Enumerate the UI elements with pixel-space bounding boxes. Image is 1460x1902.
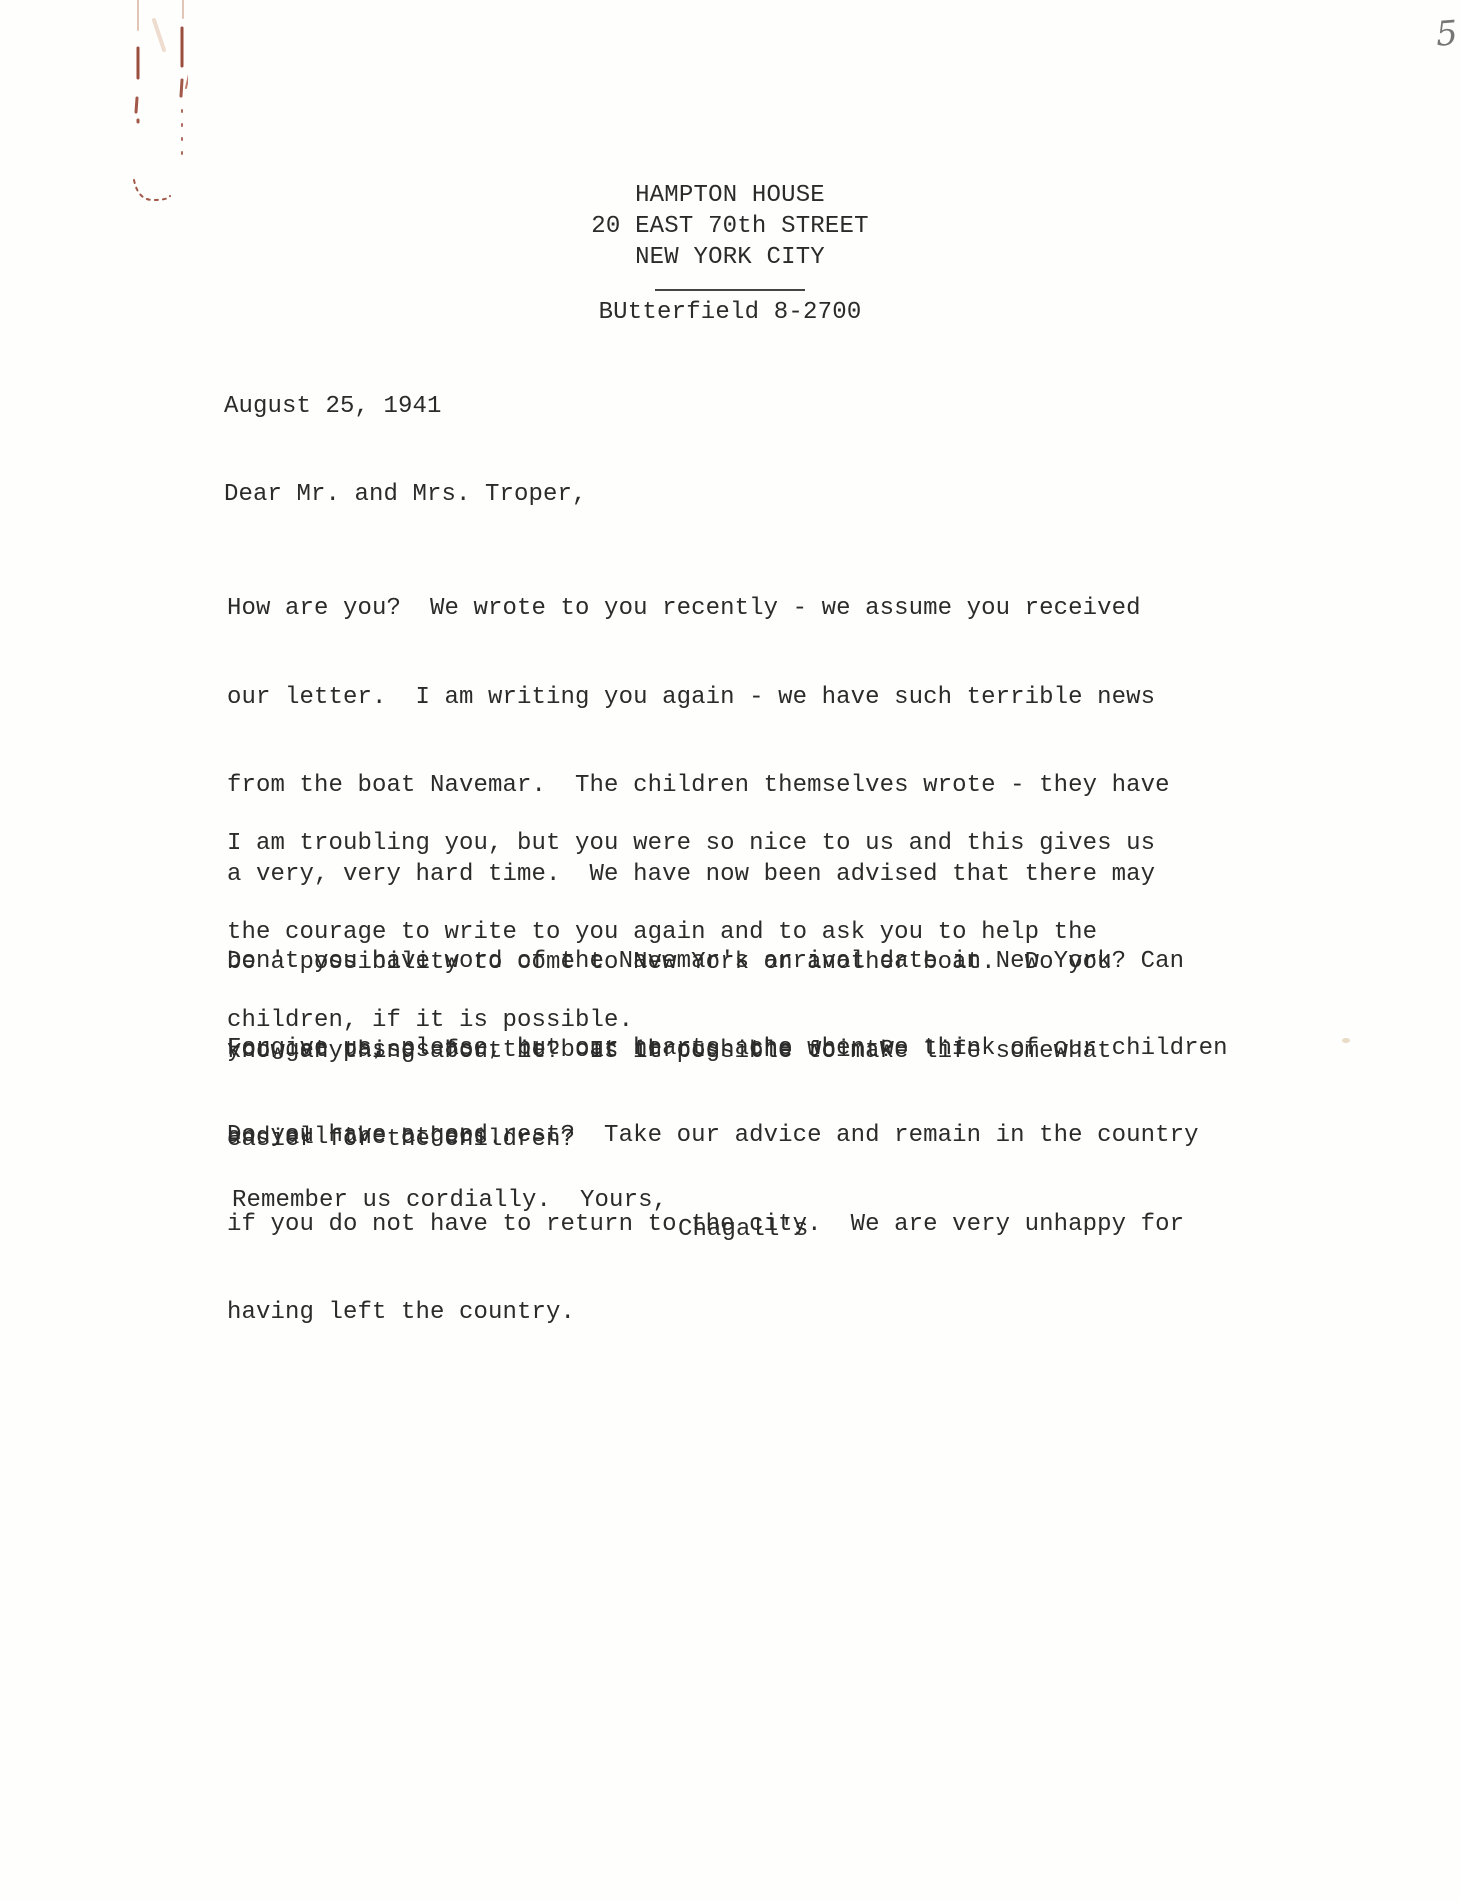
handwritten-page-number: 5 bbox=[1435, 13, 1459, 54]
letterhead-phone: BUtterfield 8-2700 bbox=[540, 297, 920, 328]
paper-clip-rust-stain-icon bbox=[128, 0, 188, 205]
paragraph-line: Do you have a good rest? Take our advice… bbox=[227, 1121, 1199, 1151]
paragraph-line: our letter. I am writing you again - we … bbox=[227, 683, 1170, 713]
paragraph-line: I am troubling you, but you were so nice… bbox=[227, 829, 1155, 859]
letter-page: 5 HAMPTON HOUSE 20 EAST 70th STREET NEW … bbox=[0, 0, 1460, 1902]
paragraph-line: Forgive us, please, but our hearts ache … bbox=[227, 1034, 1228, 1064]
letterhead-street: 20 EAST 70th STREET bbox=[540, 211, 920, 242]
letterhead-city: NEW YORK CITY bbox=[540, 242, 920, 273]
letterhead-name: HAMPTON HOUSE bbox=[540, 180, 920, 211]
paragraph-line: Don't you have word of the Navemar's arr… bbox=[227, 947, 1184, 977]
salutation: Dear Mr. and Mrs. Troper, bbox=[224, 480, 587, 509]
letterhead-divider bbox=[655, 289, 805, 291]
paper-speck bbox=[1342, 1038, 1350, 1043]
signature: Chagall's bbox=[678, 1215, 809, 1244]
letter-date: August 25, 1941 bbox=[224, 392, 442, 421]
letterhead: HAMPTON HOUSE 20 EAST 70th STREET NEW YO… bbox=[540, 180, 920, 328]
paragraph-line: How are you? We wrote to you recently - … bbox=[227, 594, 1170, 624]
paragraph-line: having left the country. bbox=[227, 1298, 1199, 1328]
closing: Remember us cordially. Yours, bbox=[232, 1186, 667, 1215]
